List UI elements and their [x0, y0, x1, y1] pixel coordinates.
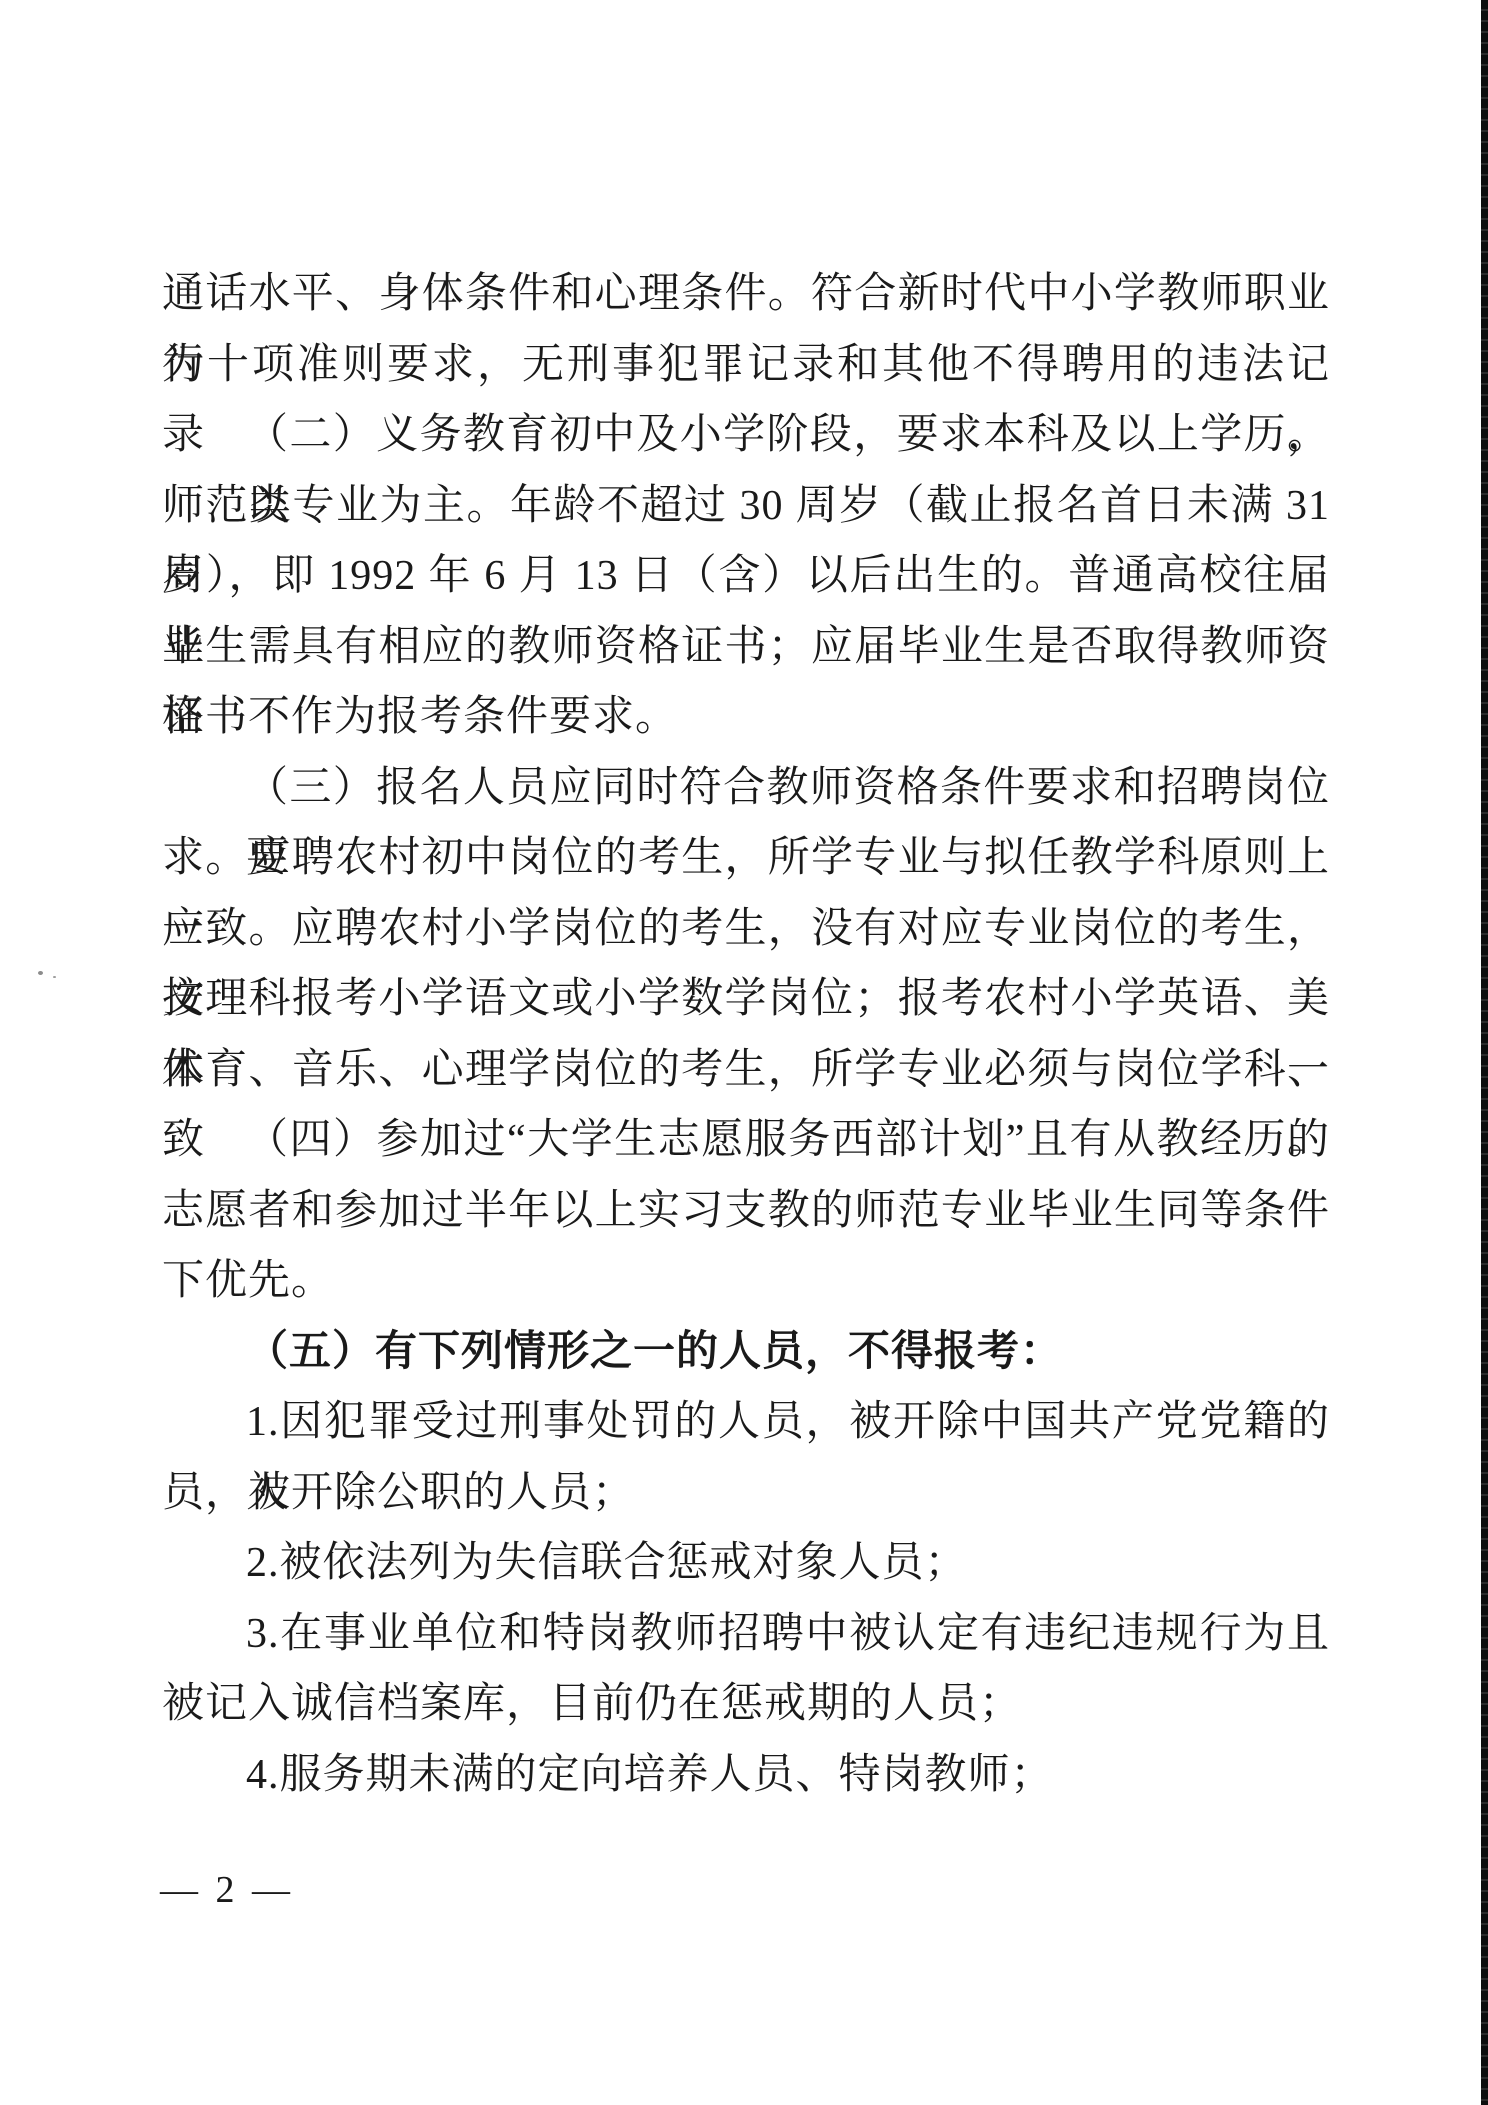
text-line paragraph-end: 下优先。 — [162, 1246, 1330, 1317]
text-line: 为十项准则要求，无刑事犯罪记录和其他不得聘用的违法记录。 — [162, 330, 1330, 401]
text-line: 求。应聘农村初中岗位的考生，所学专业与拟任教学科原则上应 — [162, 823, 1330, 894]
document-body: 通话水平、身体条件和心理条件。符合新时代中小学教师职业行 为十项准则要求，无刑事… — [162, 259, 1330, 1810]
text-line: 业生需具有相应的教师资格证书；应届毕业生是否取得教师资格 — [162, 612, 1330, 683]
text-line list-item: 4.服务期未满的定向培养人员、特岗教师； — [162, 1740, 1330, 1811]
text-line section-heading: （五）有下列情形之一的人员，不得报考： — [162, 1317, 1330, 1388]
text-line list-item: 1.因犯罪受过刑事处罚的人员，被开除中国共产党党籍的人 — [162, 1387, 1330, 1458]
text-line paragraph-end: 体育、音乐、心理学岗位的考生，所学专业必须与岗位学科一致。 — [162, 1035, 1330, 1106]
page-number: — 2 — — [160, 1868, 294, 1912]
text-line list-item: 3.在事业单位和特岗教师招聘中被认定有违纪违规行为且 — [162, 1599, 1330, 1670]
text-line list-item: 2.被依法列为失信联合惩戒对象人员； — [162, 1528, 1330, 1599]
text-line: 一致。应聘农村小学岗位的考生，没有对应专业岗位的考生，按 — [162, 894, 1330, 965]
text-line: 志愿者和参加过半年以上实习支教的师范专业毕业生同等条件 — [162, 1176, 1330, 1247]
scanned-document-page: 通话水平、身体条件和心理条件。符合新时代中小学教师职业行 为十项准则要求，无刑事… — [0, 0, 1488, 2105]
text-line paragraph-end: 证书不作为报考条件要求。 — [162, 682, 1330, 753]
text-line paragraph-start: （四）参加过“大学生志愿服务西部计划”且有从教经历的 — [162, 1105, 1330, 1176]
text-line paragraph-start: （二）义务教育初中及小学阶段，要求本科及以上学历，以 — [162, 400, 1330, 471]
text-line paragraph-end: 员，被开除公职的人员； — [162, 1458, 1330, 1529]
text-line: 岁），即 1992 年 6 月 13 日（含）以后出生的。普通高校往届毕 — [162, 541, 1330, 612]
text-line: 师范类专业为主。年龄不超过 30 周岁（截止报名首日未满 31 周 — [162, 471, 1330, 542]
text-line: 通话水平、身体条件和心理条件。符合新时代中小学教师职业行 — [162, 259, 1330, 330]
scan-edge-artifact — [1481, 0, 1488, 2105]
text-line paragraph-start: （三）报名人员应同时符合教师资格条件要求和招聘岗位要 — [162, 753, 1330, 824]
text-line paragraph-end: 被记入诚信档案库，目前仍在惩戒期的人员； — [162, 1669, 1330, 1740]
text-line: 文理科报考小学语文或小学数学岗位；报考农村小学英语、美术、 — [162, 964, 1330, 1035]
scan-noise-speck — [38, 971, 43, 975]
